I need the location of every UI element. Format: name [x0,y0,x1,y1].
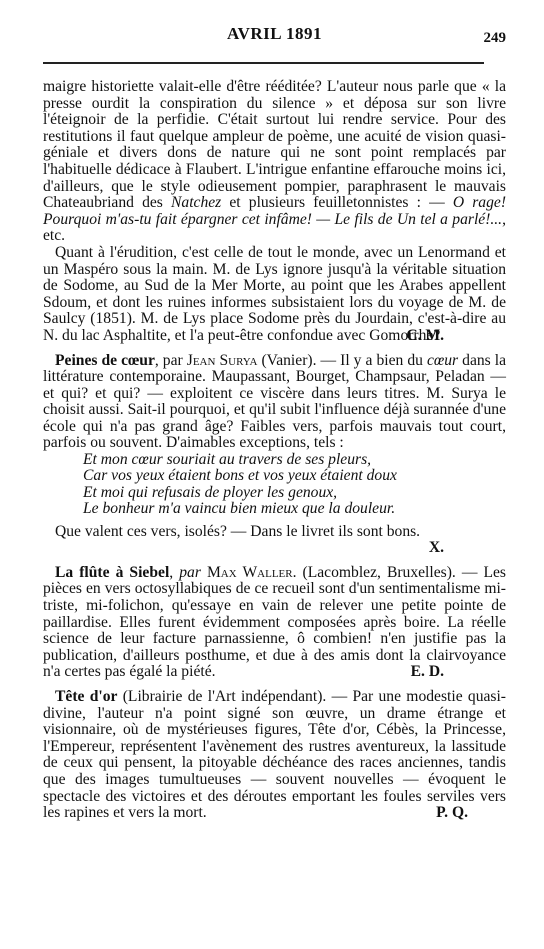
review-title: La flûte à Siebel [55,564,169,581]
author-name: Jean Surya [187,352,258,369]
text: (Vanier). — Il y a bien du [257,352,426,369]
text: , par [155,352,187,369]
text: et plusieurs feuilletonnistes : — [221,194,453,211]
review-title: Tête d'or [55,688,117,705]
italic-title: Natchez [171,194,221,211]
review-title: Peines de cœur [55,352,155,369]
page-number: 249 [484,30,507,47]
page-body: maigre historiette valait-elle d'être ré… [43,79,506,822]
review-tete-dor: Tête d'or (Librairie de l'Art indépendan… [43,689,506,822]
paragraph-continued: maigre historiette valait-elle d'être ré… [43,79,506,245]
text: maigre historiette valait-elle d'être ré… [43,78,506,211]
signature-x: X. [43,540,506,557]
verse-line: Le bonheur m'a vaincu bien mieux que la … [83,501,506,517]
header-rule [43,62,484,64]
running-header: AVRIL 1891 249 [43,24,506,52]
italic-word: par [179,564,201,581]
text: (Librairie de l'Art indépendant). — Par … [43,688,506,821]
paragraph-after-verse: Que valent ces vers, isolés? — Dans le l… [43,524,506,541]
italic-word: cœur [427,352,458,369]
review-peines-de-coeur: Peines de cœur, par Jean Surya (Vanier).… [43,353,506,453]
verse-line: Et mon cœur souriait au travers de ses p… [83,452,506,468]
author-name: Max Waller [207,564,293,581]
verse-line: Et moi qui refusais de ployer les genoux… [83,485,506,501]
header-title: AVRIL 1891 [43,24,506,44]
verse-line: Car vos yeux étaient bons et vos yeux ét… [83,468,506,484]
verse-quote: Et mon cœur souriait au travers de ses p… [43,452,506,518]
